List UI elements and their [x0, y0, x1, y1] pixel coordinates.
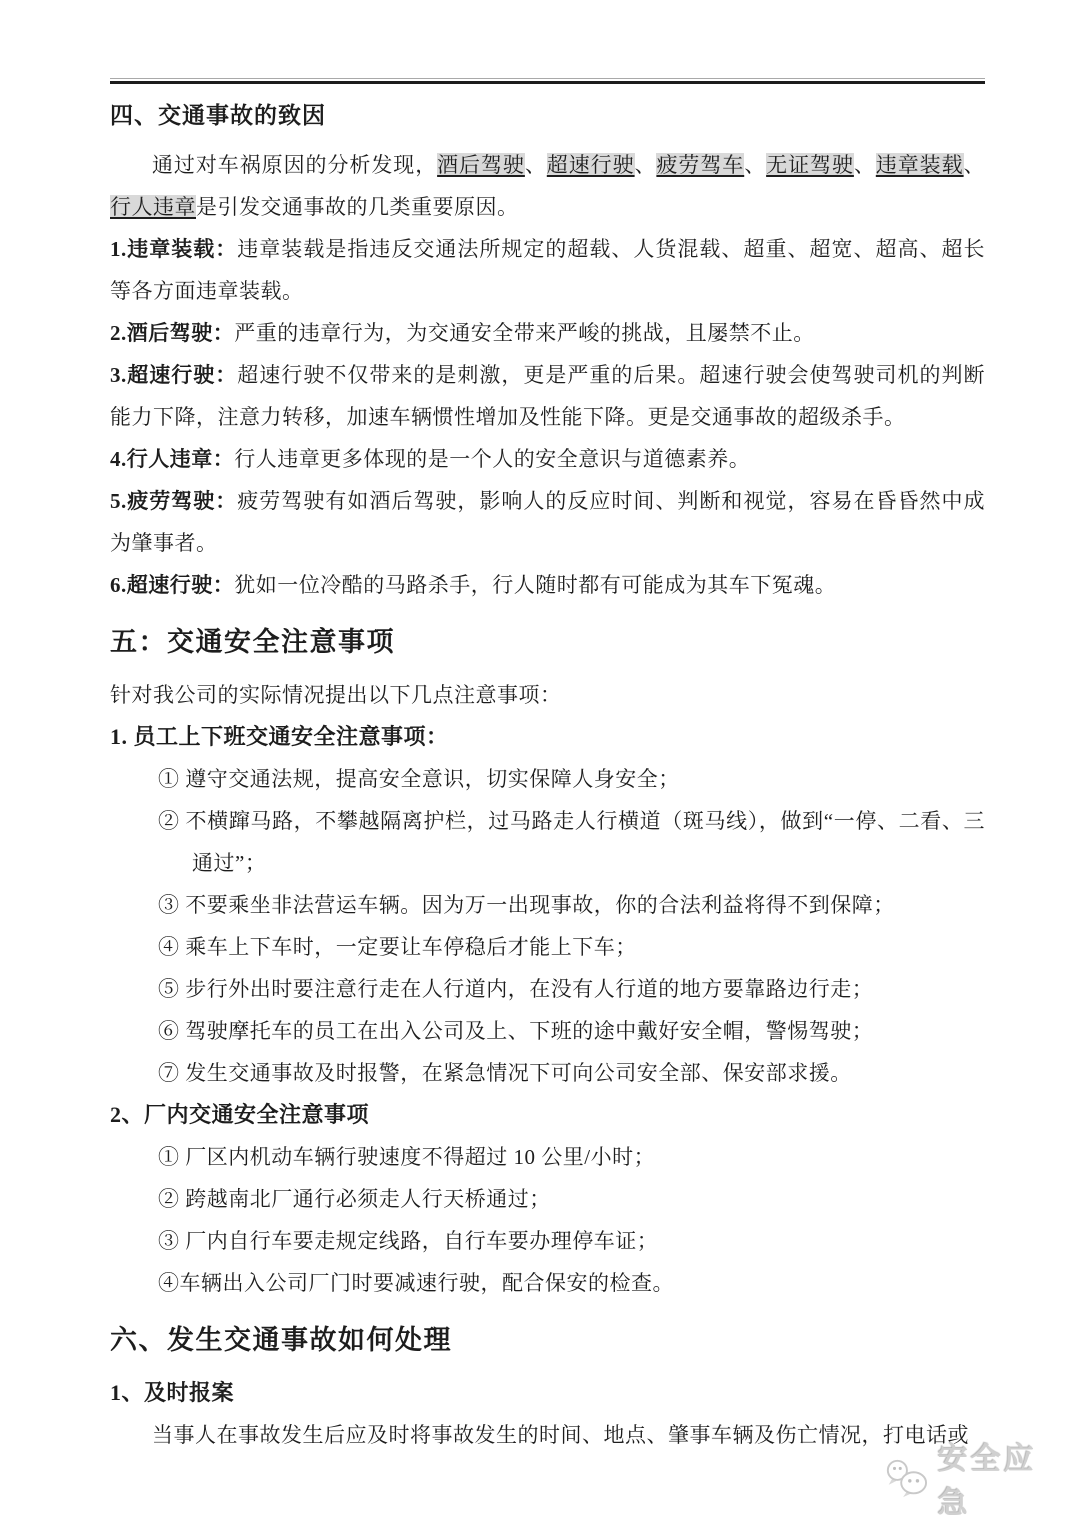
intro-lead: 通过对车祸原因的分析发现， [152, 153, 437, 177]
list-item: ① 厂区内机动车辆行驶速度不得超过 10 公里/小时； [110, 1136, 985, 1178]
cause-item-label: 5.疲劳驾驶： [110, 489, 237, 513]
separator: 、 [525, 153, 547, 177]
cause-item-text: 违章装载是指违反交通法所规定的超载、人货混载、超重、超宽、超高、超长等各方面违章… [110, 237, 985, 303]
list-item: ④车辆出入公司厂门时要减速行驶，配合保安的检查。 [110, 1262, 985, 1304]
separator: 、 [854, 153, 876, 177]
cause-item-2: 2.酒后驾驶：严重的违章行为，为交通安全带来严峻的挑战，且屡禁不止。 [110, 312, 985, 354]
cause-item-text: 犹如一位冷酷的马路杀手，行人随时都有可能成为其车下冤魂。 [234, 573, 836, 597]
section4-intro: 通过对车祸原因的分析发现，酒后驾驶、超速行驶、疲劳驾车、无证驾驶、违章装载、行人… [110, 144, 985, 228]
cause-item-label: 3.超速行驶： [110, 363, 237, 387]
section5-sub2-heading: 2、厂内交通安全注意事项 [110, 1094, 985, 1136]
cause-item-label: 2.酒后驾驶： [110, 321, 234, 345]
list-item: ④ 乘车上下车时，一定要让车停稳后才能上下车； [110, 926, 985, 968]
separator: 、 [964, 153, 986, 177]
cause-item-4: 4.行人违章：行人违章更多体现的是一个人的安全意识与道德素养。 [110, 438, 985, 480]
list-item: ① 遵守交通法规，提高安全意识，切实保障人身安全； [110, 758, 985, 800]
wechat-icon [884, 1455, 932, 1501]
cause-item-text: 疲劳驾驶有如酒后驾驶，影响人的反应时间、判断和视觉，容易在昏昏然中成为肇事者。 [110, 489, 985, 555]
list-item: ② 跨越南北厂通行必须走人行天桥通过； [110, 1178, 985, 1220]
cause-item-3: 3.超速行驶：超速行驶不仅带来的是刺激，更是严重的后果。超速行驶会使驾驶司机的判… [110, 354, 985, 438]
cause-item-label: 4.行人违章： [110, 447, 234, 471]
cause-item-6: 6.超速行驶：犹如一位冷酷的马路杀手，行人随时都有可能成为其车下冤魂。 [110, 564, 985, 606]
cause-highlight: 无证驾驶 [766, 153, 854, 177]
watermark: 安全应急 [884, 1450, 1064, 1506]
section5-intro: 针对我公司的实际情况提出以下几点注意事项： [110, 674, 985, 716]
section5-heading: 五：交通安全注意事项 [110, 618, 985, 666]
list-item: ② 不横蹿马路，不攀越隔离护栏，过马路走人行横道（斑马线），做到“一停、二看、三… [110, 800, 985, 884]
cause-item-text: 行人违章更多体现的是一个人的安全意识与道德素养。 [234, 447, 750, 471]
cause-item-5: 5.疲劳驾驶：疲劳驾驶有如酒后驾驶，影响人的反应时间、判断和视觉，容易在昏昏然中… [110, 480, 985, 564]
section5-sub1-heading: 1. 员工上下班交通安全注意事项： [110, 716, 985, 758]
separator: 、 [744, 153, 766, 177]
cause-highlight: 违章装载 [876, 153, 964, 177]
cause-item-text: 严重的违章行为，为交通安全带来严峻的挑战，且屡禁不止。 [234, 321, 815, 345]
list-item: ⑦ 发生交通事故及时报警，在紧急情况下可向公司安全部、保安部求援。 [110, 1052, 985, 1094]
cause-highlight: 酒后驾驶 [437, 153, 525, 177]
document-page: 四、交通事故的致因 通过对车祸原因的分析发现，酒后驾驶、超速行驶、疲劳驾车、无证… [0, 0, 1080, 1527]
cause-item-1: 1.违章装载：违章装载是指违反交通法所规定的超载、人货混载、超重、超宽、超高、超… [110, 228, 985, 312]
intro-tail: 是引发交通事故的几类重要原因。 [196, 195, 519, 219]
header-rule [110, 78, 985, 84]
cause-highlight: 疲劳驾车 [656, 153, 744, 177]
list-item: ③ 不要乘坐非法营运车辆。因为万一出现事故，你的合法利益将得不到保障； [110, 884, 985, 926]
section6-paragraph: 当事人在事故发生后应及时将事故发生的时间、地点、肇事车辆及伤亡情况，打电话或 [110, 1414, 985, 1456]
separator: 、 [635, 153, 657, 177]
list-item: ③ 厂内自行车要走规定线路，自行车要办理停车证； [110, 1220, 985, 1262]
list-item: ⑤ 步行外出时要注意行走在人行道内，在没有人行道的地方要靠路边行走； [110, 968, 985, 1010]
list-item: ⑥ 驾驶摩托车的员工在出入公司及上、下班的途中戴好安全帽，警惕驾驶； [110, 1010, 985, 1052]
watermark-text: 安全应急 [938, 1434, 1064, 1522]
cause-item-text: 超速行驶不仅带来的是刺激，更是严重的后果。超速行驶会使驾驶司机的判断能力下降，注… [110, 363, 985, 429]
cause-highlight: 行人违章 [110, 195, 196, 219]
cause-item-label: 1.违章装载： [110, 237, 237, 261]
section4-heading: 四、交通事故的致因 [110, 96, 985, 136]
cause-highlight: 超速行驶 [547, 153, 635, 177]
cause-item-label: 6.超速行驶： [110, 573, 234, 597]
section6-sub1-heading: 1、及时报案 [110, 1372, 985, 1414]
section6-heading: 六、发生交通事故如何处理 [110, 1316, 985, 1364]
